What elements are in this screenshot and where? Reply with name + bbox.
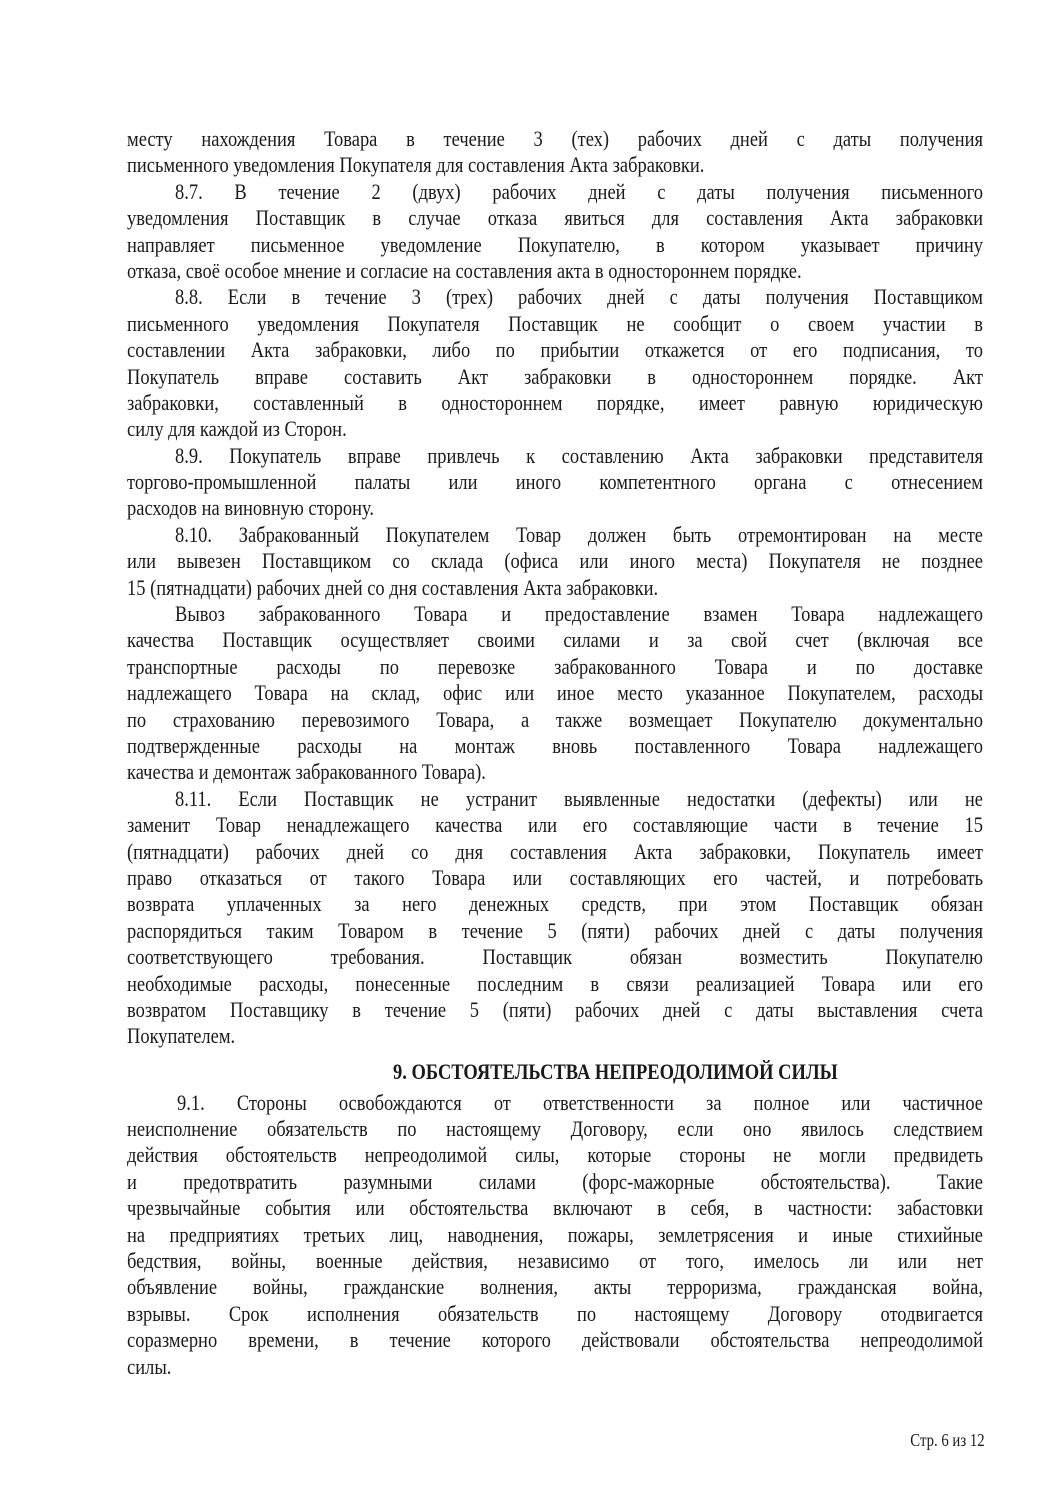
text-line-content: объявление войны, гражданские волнения, … xyxy=(127,1274,983,1300)
text-line: транспортные расходы по перевозке забрак… xyxy=(127,654,983,680)
text-line: право отказаться от такого Товара или со… xyxy=(127,865,983,891)
text-line: силы. xyxy=(127,1354,983,1380)
text-line: качества и демонтаж забракованного Товар… xyxy=(127,759,983,785)
text-line-content: по страхованию перевозимого Товара, а та… xyxy=(127,707,983,733)
text-line-content: Покупатель вправе составить Акт забраков… xyxy=(127,364,983,390)
text-line-content: необходимые расходы, понесенные последни… xyxy=(127,971,983,997)
text-line: 8.9. Покупатель вправе привлечь к состав… xyxy=(127,443,983,469)
text-line: расходов на виновную сторону. xyxy=(127,495,983,521)
section-9-heading: 9. ОБСТОЯТЕЛЬСТВА НЕПРЕОДОЛИМОЙ СИЛЫ xyxy=(127,1054,983,1090)
text-line-content: и предотвратить разумными силами (форс-м… xyxy=(127,1169,983,1195)
text-line-content: месту нахождения Товара в течение 3 (тех… xyxy=(127,126,983,152)
text-line-content: или вывезен Поставщиком со склада (офиса… xyxy=(127,548,983,574)
text-line: взрывы. Срок исполнения обязательств по … xyxy=(127,1301,983,1327)
text-line-content: 8.11. Если Поставщик не устранит выявлен… xyxy=(175,786,983,812)
text-line: соответствующего требования. Поставщик о… xyxy=(127,944,983,970)
text-line-content: неисполнение обязательств по настоящему … xyxy=(127,1116,983,1142)
text-line: письменного уведомления Покупателя Поста… xyxy=(127,311,983,337)
text-line: чрезвычайные события или обстоятельства … xyxy=(127,1195,983,1221)
text-line: Покупатель вправе составить Акт забраков… xyxy=(127,364,983,390)
text-line: торгово-промышленной палаты или иного ко… xyxy=(127,469,983,495)
text-line: уведомления Поставщик в случае отказа яв… xyxy=(127,205,983,231)
text-line: возврата уплаченных за него денежных сре… xyxy=(127,891,983,917)
text-line: и предотвратить разумными силами (форс-м… xyxy=(127,1169,983,1195)
text-line: направляет письменное уведомление Покупа… xyxy=(127,232,983,258)
page-number: Стр. 6 из 12 xyxy=(911,1430,985,1451)
text-line-content: взрывы. Срок исполнения обязательств по … xyxy=(127,1301,983,1327)
text-line: 8.8. Если в течение 3 (трех) рабочих дне… xyxy=(127,284,983,310)
text-line: составлении Акта забраковки, либо по при… xyxy=(127,337,983,363)
text-line-content: транспортные расходы по перевозке забрак… xyxy=(127,654,983,680)
text-line-content: возврата уплаченных за него денежных сре… xyxy=(127,891,983,917)
text-line-content: уведомления Поставщик в случае отказа яв… xyxy=(127,205,983,231)
text-line-content: составлении Акта забраковки, либо по при… xyxy=(127,337,983,363)
text-line: отказа, своё особое мнение и согласие на… xyxy=(127,258,983,284)
text-line: по страхованию перевозимого Товара, а та… xyxy=(127,707,983,733)
text-line: (пятнадцати) рабочих дней со дня составл… xyxy=(127,839,983,865)
text-line: 9.1. Стороны освобождаются от ответствен… xyxy=(127,1090,983,1116)
text-line: подтвержденные расходы на монтаж вновь п… xyxy=(127,733,983,759)
text-line-content: письменного уведомления Покупателя Поста… xyxy=(127,311,983,337)
text-line-content: 15 (пятнадцати) рабочих дней со дня сост… xyxy=(127,575,658,601)
text-line-content: Вывоз забракованного Товара и предоставл… xyxy=(175,601,983,627)
text-line-content: бедствия, войны, военные действия, незав… xyxy=(127,1248,983,1274)
text-line-content: право отказаться от такого Товара или со… xyxy=(127,865,983,891)
text-line-content: возвратом Поставщику в течение 5 (пяти) … xyxy=(127,997,983,1023)
text-line: распорядиться таким Товаром в течение 5 … xyxy=(127,918,983,944)
text-line-content: заменит Товар ненадлежащего качества или… xyxy=(127,812,983,838)
text-line-content: 8.7. В течение 2 (двух) рабочих дней с д… xyxy=(175,179,983,205)
text-line-content: 8.9. Покупатель вправе привлечь к состав… xyxy=(175,443,983,469)
text-line: необходимые расходы, понесенные последни… xyxy=(127,971,983,997)
text-line: 8.11. Если Поставщик не устранит выявлен… xyxy=(127,786,983,812)
text-line: письменного уведомления Покупателя для с… xyxy=(127,152,983,178)
text-line: месту нахождения Товара в течение 3 (тех… xyxy=(127,126,983,152)
text-line-content: 9.1. Стороны освобождаются от ответствен… xyxy=(177,1090,983,1116)
text-line-content: (пятнадцати) рабочих дней со дня составл… xyxy=(127,839,983,865)
text-line-content: забраковки, составленный в одностороннем… xyxy=(127,390,983,416)
text-line: силу для каждой из Сторон. xyxy=(127,416,983,442)
text-line: 8.10. Забракованный Покупателем Товар до… xyxy=(127,522,983,548)
text-line: забраковки, составленный в одностороннем… xyxy=(127,390,983,416)
text-line-content: Покупателем. xyxy=(127,1023,235,1049)
section-9-body: 9.1. Стороны освобождаются от ответствен… xyxy=(127,1090,983,1380)
text-line: объявление войны, гражданские волнения, … xyxy=(127,1274,983,1300)
text-line-content: торгово-промышленной палаты или иного ко… xyxy=(127,469,983,495)
text-line: действия обстоятельств непреодолимой сил… xyxy=(127,1142,983,1168)
section-8-continuation: месту нахождения Товара в течение 3 (тех… xyxy=(127,126,983,1050)
document-body: месту нахождения Товара в течение 3 (тех… xyxy=(127,126,983,1380)
text-line-content: качества и демонтаж забракованного Товар… xyxy=(127,759,486,785)
text-line-content: силу для каждой из Сторон. xyxy=(127,416,347,442)
text-line-content: подтвержденные расходы на монтаж вновь п… xyxy=(127,733,983,759)
text-line-content: действия обстоятельств непреодолимой сил… xyxy=(127,1142,983,1168)
text-line-content: отказа, своё особое мнение и согласие на… xyxy=(127,258,802,284)
section-9-heading-text: 9. ОБСТОЯТЕЛЬСТВА НЕПРЕОДОЛИМОЙ СИЛЫ xyxy=(393,1054,838,1090)
text-line-content: расходов на виновную сторону. xyxy=(127,495,374,521)
text-line-content: распорядиться таким Товаром в течение 5 … xyxy=(127,918,983,944)
text-line: или вывезен Поставщиком со склада (офиса… xyxy=(127,548,983,574)
text-line-content: на предприятиях третьих лиц, наводнения,… xyxy=(127,1222,983,1248)
text-line-content: направляет письменное уведомление Покупа… xyxy=(127,232,983,258)
text-line-content: 8.10. Забракованный Покупателем Товар до… xyxy=(175,522,983,548)
text-line: надлежащего Товара на склад, офис или ин… xyxy=(127,680,983,706)
text-line: бедствия, войны, военные действия, незав… xyxy=(127,1248,983,1274)
document-page: месту нахождения Товара в течение 3 (тех… xyxy=(0,0,1060,1500)
text-line-content: соответствующего требования. Поставщик о… xyxy=(127,944,983,970)
text-line-content: надлежащего Товара на склад, офис или ин… xyxy=(127,680,983,706)
text-line-content: письменного уведомления Покупателя для с… xyxy=(127,152,704,178)
text-line-content: 8.8. Если в течение 3 (трех) рабочих дне… xyxy=(175,284,983,310)
text-line: Вывоз забракованного Товара и предоставл… xyxy=(127,601,983,627)
text-line: заменит Товар ненадлежащего качества или… xyxy=(127,812,983,838)
text-line: 15 (пятнадцати) рабочих дней со дня сост… xyxy=(127,575,983,601)
text-line-content: чрезвычайные события или обстоятельства … xyxy=(127,1195,983,1221)
text-line: 8.7. В течение 2 (двух) рабочих дней с д… xyxy=(127,179,983,205)
text-line: Покупателем. xyxy=(127,1023,983,1049)
text-line: возвратом Поставщику в течение 5 (пяти) … xyxy=(127,997,983,1023)
text-line: качества Поставщик осуществляет своими с… xyxy=(127,627,983,653)
text-line: соразмерно времени, в течение которого д… xyxy=(127,1327,983,1353)
text-line: на предприятиях третьих лиц, наводнения,… xyxy=(127,1222,983,1248)
text-line-content: соразмерно времени, в течение которого д… xyxy=(127,1327,983,1353)
text-line: неисполнение обязательств по настоящему … xyxy=(127,1116,983,1142)
text-line-content: силы. xyxy=(127,1354,171,1380)
text-line-content: качества Поставщик осуществляет своими с… xyxy=(127,627,983,653)
